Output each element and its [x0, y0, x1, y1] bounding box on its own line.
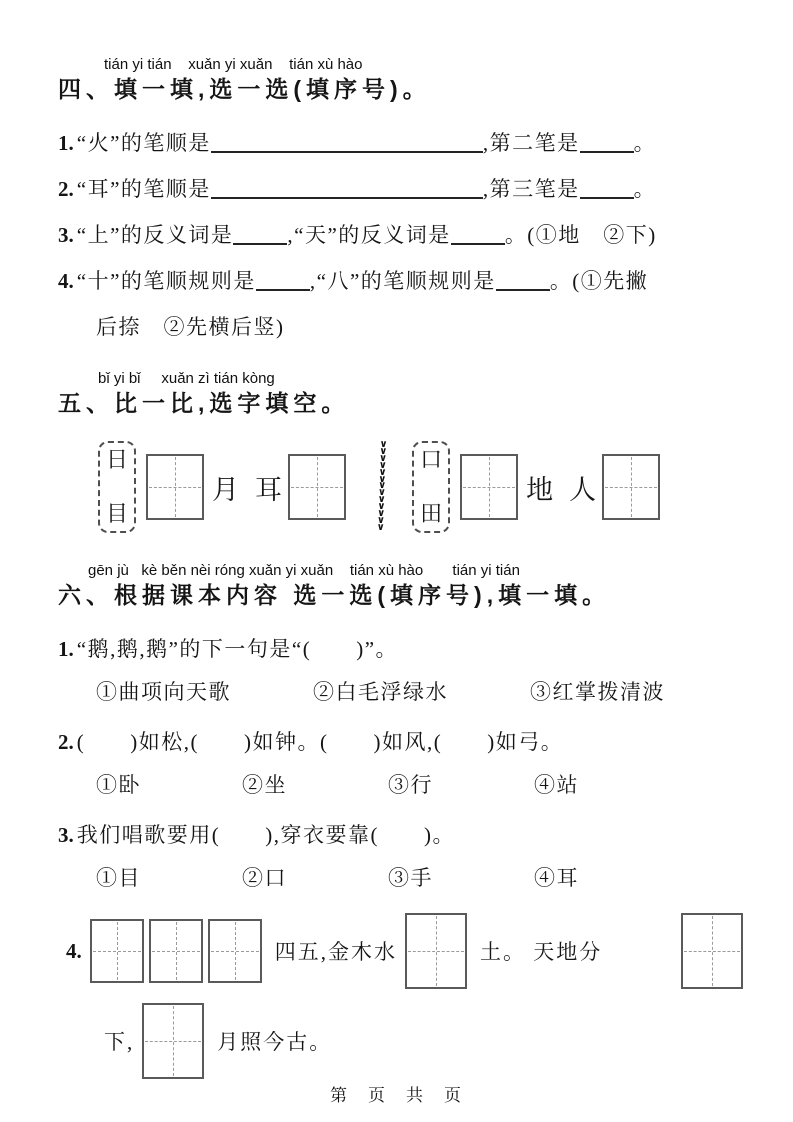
- question-number: 1.: [58, 637, 74, 661]
- question-number: 4.: [58, 269, 74, 293]
- choice-character: 目: [106, 502, 128, 526]
- question-text: “十”的笔顺规则是: [77, 269, 256, 293]
- option-item: ③手: [388, 863, 534, 893]
- s4-question-3: 3.“上”的反义词是,“天”的反义词是。(①地 ②下): [58, 220, 747, 250]
- writing-grid: [142, 1003, 204, 1079]
- s6-question-3: 3.我们唱歌要用( ),穿衣要靠( )。: [58, 820, 747, 850]
- s4-question-4-line2: 后捺 ②先横后竖): [96, 312, 747, 342]
- s4-question-2: 2.“耳”的笔顺是,第三笔是。: [58, 174, 747, 204]
- choice-character: 口: [420, 448, 442, 472]
- question-number: 1.: [58, 131, 74, 155]
- question-number: 2.: [58, 177, 74, 201]
- option-item: ③红掌拨清波: [530, 677, 747, 707]
- option-item: ③行: [388, 770, 534, 800]
- option-item: ④站: [534, 770, 680, 800]
- section5-exercise-row: 日 目 月 耳 ∨ ∨ ∨ ∨ ∨ ∨ ∨ ∨ ∨ ∨ ∨ ∨ ∨ 口 田 地 …: [98, 438, 747, 536]
- question-text: 。: [634, 131, 657, 155]
- option-item: ①曲项向天歌: [96, 677, 313, 707]
- answer-blank-short: [496, 269, 550, 291]
- s6-question-1: 1.“鹅,鹅,鹅”的下一句是“( )”。: [58, 634, 747, 664]
- question-text: ( )如松,( )如钟。( )如风,( )如弓。: [77, 730, 563, 754]
- hanzi-label: 耳: [255, 468, 282, 507]
- question-text: 月照今古。: [217, 1026, 332, 1056]
- section4-pinyin: tián yi tián xuǎn yi xuǎn tián xù hào: [104, 56, 747, 74]
- question-number: 3.: [58, 223, 74, 247]
- section5-title: 五、比一比,选字填空。: [58, 389, 747, 418]
- question-text: ,“天”的反义词是: [287, 223, 450, 247]
- divider-arrows-icon: ∨ ∨ ∨ ∨ ∨ ∨ ∨ ∨ ∨ ∨ ∨ ∨ ∨: [376, 442, 387, 532]
- choice-character: 日: [106, 448, 128, 472]
- question-text: “鹅,鹅,鹅”的下一句是“( )”。: [77, 637, 398, 661]
- question-text: “火”的笔顺是: [77, 131, 211, 155]
- question-text: 我们唱歌要用( ),穿衣要靠( )。: [77, 823, 455, 847]
- answer-blank-long: [211, 131, 483, 153]
- option-item: ②口: [242, 863, 388, 893]
- question-text: 。(①地 ②下): [505, 223, 657, 247]
- option-item: ②白毛浮绿水: [313, 677, 530, 707]
- answer-blank-short: [451, 223, 505, 245]
- option-item: ①卧: [96, 770, 242, 800]
- answer-blank-long: [211, 177, 483, 199]
- question-number: 3.: [58, 823, 74, 847]
- question-text: 土。 天地分: [480, 936, 602, 966]
- answer-blank-short: [233, 223, 287, 245]
- writing-grid: [460, 454, 518, 520]
- section6-title: 六、根据课本内容 选一选(填序号),填一填。: [58, 581, 747, 610]
- s6-question-1-options: ①曲项向天歌 ②白毛浮绿水 ③红掌拨清波: [96, 677, 747, 707]
- worksheet-page: tián yi tián xuǎn yi xuǎn tián xù hào 四、…: [0, 0, 793, 1122]
- answer-blank-short: [256, 269, 310, 291]
- question-number: 4.: [66, 939, 82, 964]
- choice-character: 田: [420, 502, 442, 526]
- question-text: 后捺 ②先横后竖): [96, 315, 285, 339]
- question-text: “耳”的笔顺是: [77, 177, 211, 201]
- option-item: ④耳: [534, 863, 680, 893]
- writing-grid: [602, 454, 660, 520]
- hanzi-label: 月: [212, 468, 239, 507]
- s6-question-3-options: ①目 ②口 ③手 ④耳: [96, 863, 747, 893]
- option-item: ②坐: [242, 770, 388, 800]
- question-text: ,第二笔是: [483, 131, 580, 155]
- character-choice-box-right: 口 田: [412, 441, 450, 533]
- section4-title: 四、填一填,选一选(填序号)。: [58, 75, 747, 104]
- writing-grid: [149, 919, 203, 983]
- question-text: 。: [634, 177, 657, 201]
- question-text: 下,: [104, 1026, 134, 1056]
- s6-question-4-line2: 下, 月照今古。: [96, 1003, 747, 1079]
- writing-grid: [681, 913, 743, 989]
- hanzi-label: 地: [526, 468, 553, 507]
- answer-blank-short: [580, 177, 634, 199]
- writing-grid: [405, 913, 467, 989]
- question-text: ,“八”的笔顺规则是: [310, 269, 496, 293]
- section6-pinyin: gēn jù kè běn nèi róng xuǎn yi xuǎn tián…: [88, 562, 747, 580]
- hanzi-label: 人: [569, 468, 596, 507]
- character-choice-box-left: 日 目: [98, 441, 136, 533]
- s6-question-2: 2.( )如松,( )如钟。( )如风,( )如弓。: [58, 727, 747, 757]
- option-item: ①目: [96, 863, 242, 893]
- question-text: ,第三笔是: [483, 177, 580, 201]
- question-text: 。(①先撇: [550, 269, 649, 293]
- answer-blank-short: [580, 131, 634, 153]
- s6-question-4: 4. 四五,金木水 土。 天地分: [58, 913, 747, 989]
- writing-grid: [208, 919, 262, 983]
- s4-question-1: 1.“火”的笔顺是,第二笔是。: [58, 128, 747, 158]
- writing-grid: [288, 454, 346, 520]
- question-text: 四五,金木水: [275, 936, 397, 966]
- s4-question-4: 4.“十”的笔顺规则是,“八”的笔顺规则是。(①先撇: [58, 266, 747, 296]
- question-number: 2.: [58, 730, 74, 754]
- s6-question-2-options: ①卧 ②坐 ③行 ④站: [96, 770, 747, 800]
- section5-pinyin: bǐ yi bǐ xuǎn zì tián kòng: [98, 370, 747, 388]
- writing-grid: [90, 919, 144, 983]
- question-text: “上”的反义词是: [77, 223, 234, 247]
- page-footer: 第 页 共 页: [0, 1081, 793, 1106]
- writing-grid: [146, 454, 204, 520]
